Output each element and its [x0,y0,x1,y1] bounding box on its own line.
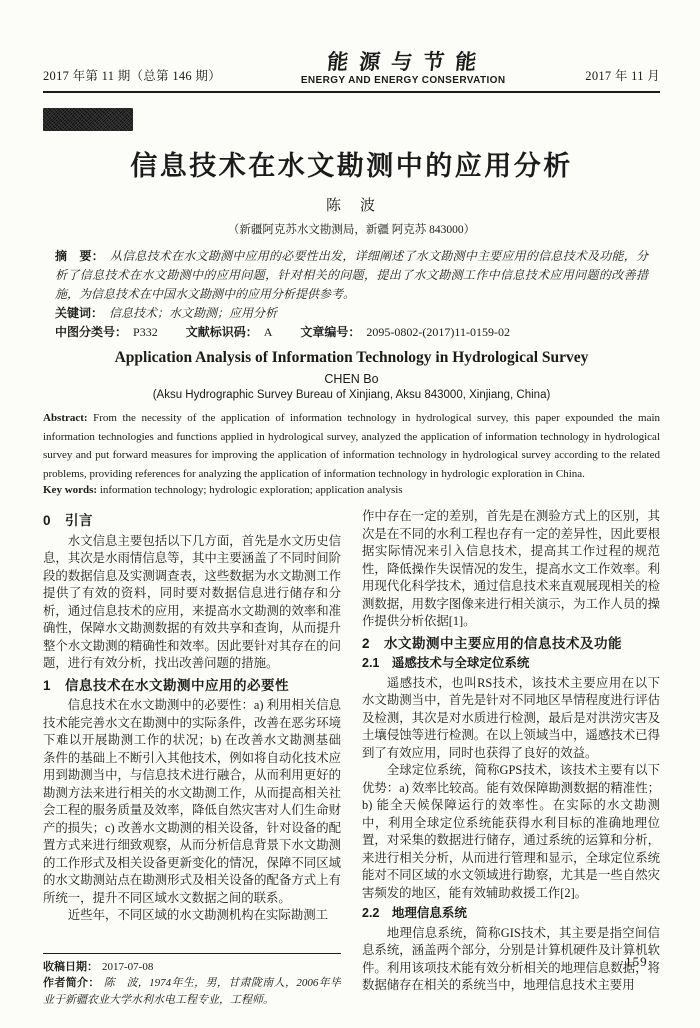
article-body: 0 引言 水文信息主要包括以下几方面，首先是水文历史信息，其次是水雨情信息等，其… [43,508,660,1008]
abstract-label: 摘 要： [55,249,104,263]
english-block: Application Analysis of Information Tech… [43,349,660,496]
keywords-label: 关键词： [55,306,103,320]
doc-code-label: 文献标识码： [186,325,258,339]
remote-sensing-paragraph: 遥感技术，也叫RS技术，该技术主要应用在以下水文勘测当中，首先是针对不同地区旱情… [362,675,660,763]
keywords-line: 关键词：信息技术；水文勘测；应用分析 [55,304,648,323]
subsection-heading-2-2: 2.2 地理信息系统 [362,905,660,923]
section-heading-0: 0 引言 [43,512,341,530]
gis-paragraph: 地理信息系统，简称GIS技术，其主要是指空间信息系统，涵盖两个部分，分别是计算机… [362,925,660,995]
journal-title-en: ENERGY AND ENERGY CONSERVATION [301,75,506,86]
journal-header: 2017 年第 11 期（总第 146 期） 能源与节能 ENERGY AND … [43,50,660,93]
clc-value: P332 [133,325,158,339]
gps-paragraph: 全球定位系统，简称GPS技术，该技术主要有以下优势：a) 效率比较高。能有效保障… [362,762,660,902]
english-affiliation: (Aksu Hydrographic Survey Bureau of Xinj… [43,389,660,401]
journal-masthead: 能源与节能 ENERGY AND ENERGY CONSERVATION [301,50,506,86]
classification-line: 中图分类号：P332文献标识码：A文章编号：2095-0802-(2017)11… [55,323,648,342]
received-date-line: 收稿日期：2017-07-08 [43,959,341,976]
right-column: 作中存在一定的差别，首先是在测验方式上的区别，其次是在不同的水利工程也存有一定的… [362,508,660,1008]
english-keywords-text: information technology; hydrologic explo… [100,484,403,496]
article-title: 信息技术在水文勘测中的应用分析 [43,144,660,183]
subsection-heading-2-1: 2.1 遥感技术与全球定位系统 [362,655,660,673]
author-affiliation: （新疆阿克苏水文勘测局，新疆 阿克苏 843000） [43,221,660,237]
left-column-last-line: 近些年，不同区域的水文勘测机构在实际勘测工 [43,907,341,925]
redacted-column-label [43,108,133,131]
issue-info: 2017 年第 11 期（总第 146 期） [43,66,221,86]
abstract-text: 从信息技术在水文勘测中应用的必要性出发，详细阐述了水文勘测中主要应用的信息技术及… [55,249,648,301]
page-number: ·159· [620,954,653,970]
necessity-paragraph: 信息技术在水文勘测中的必要性：a) 利用相关信息技术能完善水文在勘测中的实际条件… [43,697,341,907]
doc-code-value: A [264,325,273,339]
footnote-block: 收稿日期：2017-07-08 作者简介：陈 波，1974年生，男，甘肃陇南人，… [43,953,341,1009]
journal-title-cn: 能源与节能 [300,50,507,73]
english-abstract-text: From the necessity of the application of… [43,412,660,480]
abstract-paragraph: 摘 要：从信息技术在水文勘测中应用的必要性出发，详细阐述了水文勘测中主要应用的信… [55,247,648,304]
english-keywords-line: Key words: information technology; hydro… [43,484,660,496]
english-abstract: Abstract: From the necessity of the appl… [43,409,660,483]
english-title: Application Analysis of Information Tech… [43,349,660,367]
english-keywords-label: Key words: [43,484,97,496]
author-bio-label: 作者简介： [43,977,100,989]
article-no-value: 2095-0802-(2017)11-0159-02 [366,325,510,339]
author-name: 陈 波 [43,194,660,215]
keywords-text: 信息技术；水文勘测；应用分析 [109,306,277,320]
received-date-label: 收稿日期： [43,961,98,973]
journal-page: 2017 年第 11 期（总第 146 期） 能源与节能 ENERGY AND … [0,0,700,1028]
article-no-label: 文章编号： [300,325,360,339]
issue-date: 2017 年 11 月 [585,66,660,86]
section-heading-1: 1 信息技术在水文勘测中应用的必要性 [43,677,341,695]
continuation-paragraph: 作中存在一定的差别，首先是在测验方式上的区别，其次是在不同的水利工程也存有一定的… [362,508,660,631]
section-heading-2: 2 水文勘测中主要应用的信息技术及功能 [362,635,660,653]
english-author: CHEN Bo [43,372,660,386]
clc-label: 中图分类号： [55,325,127,339]
intro-paragraph: 水文信息主要包括以下几方面，首先是水文历史信息，其次是水雨情信息等，其中主要涵盖… [43,533,341,673]
author-bio-line: 作者简介：陈 波，1974年生，男，甘肃陇南人，2006年毕业于新疆农业大学水利… [43,975,341,1008]
english-abstract-label: Abstract: [43,412,88,424]
received-date-value: 2017-07-08 [102,961,153,973]
left-column: 0 引言 水文信息主要包括以下几方面，首先是水文历史信息，其次是水雨情信息等，其… [43,508,341,1008]
chinese-abstract-block: 摘 要：从信息技术在水文勘测中应用的必要性出发，详细阐述了水文勘测中主要应用的信… [55,247,648,342]
